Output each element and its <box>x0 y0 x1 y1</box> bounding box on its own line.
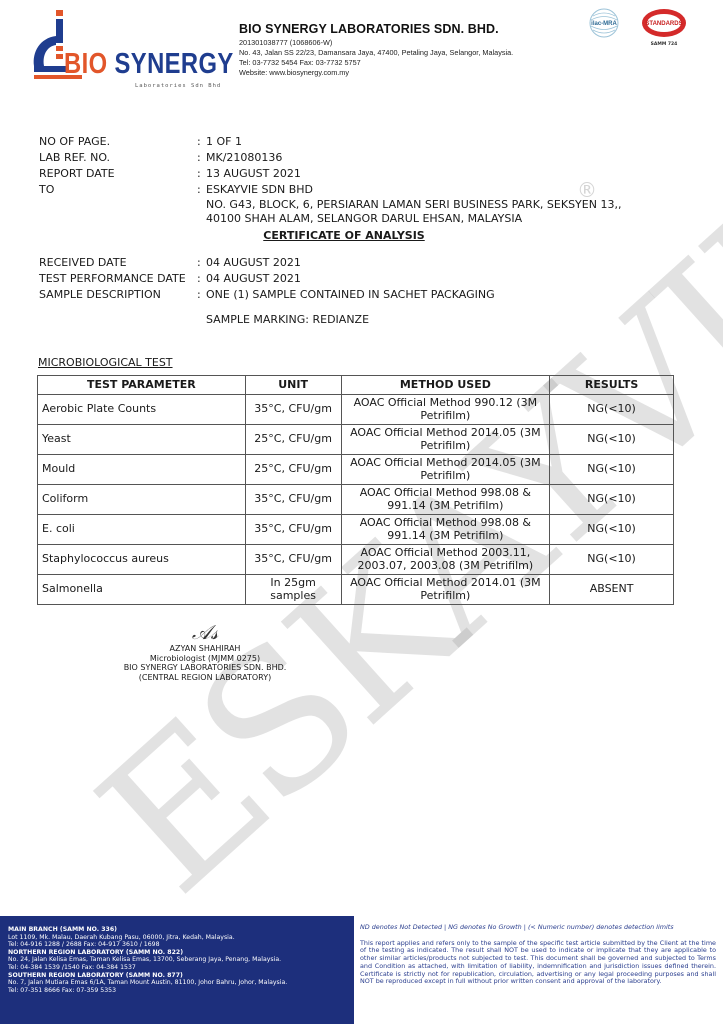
branch-heading: NORTHERN REGION LABORATORY (SAMM NO. 822… <box>8 949 354 957</box>
cell-unit: 35°C, CFU/gm <box>245 515 341 545</box>
svg-text:STANDARDS: STANDARDS <box>645 21 682 27</box>
signatory-title: Microbiologist (MJMM 0275) <box>100 654 310 664</box>
branch-addresses-panel: MAIN BRANCH (SAMM NO. 336)Lot 1109, Mk. … <box>0 916 354 1024</box>
table-row: E. coli35°C, CFU/gmAOAC Official Method … <box>38 515 674 545</box>
table-header-row: TEST PARAMETER UNIT METHOD USED RESULTS <box>38 376 674 395</box>
footer-notes: ND denotes Not Detected | NG denotes No … <box>360 924 716 986</box>
cell-method: AOAC Official Method 2003.11, 2003.07, 2… <box>341 545 550 575</box>
table-row: Aerobic Plate Counts35°C, CFU/gmAOAC Off… <box>38 395 674 425</box>
cell-parameter: Coliform <box>38 485 246 515</box>
cell-method: AOAC Official Method 998.08 & 991.14 (3M… <box>341 485 550 515</box>
cell-result: NG(<10) <box>550 545 674 575</box>
bio-synergy-logo: BIO SYNERGY Laboratories Sdn Bhd <box>30 8 230 88</box>
cell-unit: 35°C, CFU/gm <box>245 545 341 575</box>
standards-malaysia-icon: STANDARDS <box>640 8 688 38</box>
table-row: Yeast25°C, CFU/gmAOAC Official Method 20… <box>38 425 674 455</box>
header-results: RESULTS <box>550 376 674 395</box>
branch-contact: Tel: 04-916 1288 / 2688 Fax: 04-917 3610… <box>8 941 354 949</box>
cell-result: NG(<10) <box>550 425 674 455</box>
branch-heading: SOUTHERN REGION LABORATORY (SAMM NO. 877… <box>8 972 354 980</box>
cell-parameter: Salmonella <box>38 575 246 605</box>
company-registration: 201301038777 (1068606-W) <box>239 38 579 48</box>
cell-unit: 25°C, CFU/gm <box>245 425 341 455</box>
cell-method: AOAC Official Method 2014.01 (3M Petrifi… <box>341 575 550 605</box>
company-header: BIO SYNERGY LABORATORIES SDN. BHD. 20130… <box>239 22 579 78</box>
abbreviation-legend: ND denotes Not Detected | NG denotes No … <box>360 924 716 932</box>
table-row: Mould25°C, CFU/gmAOAC Official Method 20… <box>38 455 674 485</box>
company-contact: Tel: 03-7732 5454 Fax: 03-7732 5757 <box>239 58 579 68</box>
company-address: No. 43, Jalan SS 22/23, Damansara Jaya, … <box>239 48 579 58</box>
logo-subtitle: Laboratories Sdn Bhd <box>135 83 221 89</box>
branch-address: Lot 1109, Mk. Malau, Daerah Kubang Pasu,… <box>8 934 354 942</box>
signatory-company: BIO SYNERGY LABORATORIES SDN. BHD. <box>100 663 310 673</box>
signature-icon: 𝒜𝓈 <box>100 620 310 644</box>
cell-method: AOAC Official Method 2014.05 (3M Petrifi… <box>341 455 550 485</box>
table-row: Staphylococcus aureus35°C, CFU/gmAOAC Of… <box>38 545 674 575</box>
branch-address: No. 7, Jalan Mutiara Emas 6/1A, Taman Mo… <box>8 979 354 987</box>
signatory-lab: (CENTRAL REGION LABORATORY) <box>100 673 310 683</box>
samm-caption: SAMM 724 <box>640 42 688 47</box>
table-row: Coliform35°C, CFU/gmAOAC Official Method… <box>38 485 674 515</box>
results-table: TEST PARAMETER UNIT METHOD USED RESULTS … <box>37 375 674 605</box>
cell-method: AOAC Official Method 998.08 & 991.14 (3M… <box>341 515 550 545</box>
cell-parameter: E. coli <box>38 515 246 545</box>
cell-unit: 35°C, CFU/gm <box>245 485 341 515</box>
cell-parameter: Staphylococcus aureus <box>38 545 246 575</box>
cell-result: NG(<10) <box>550 395 674 425</box>
branch-contact: Tel: 07-351 8666 Fax: 07-359 5353 <box>8 987 354 995</box>
ilac-mra-icon: ilac-MRA <box>585 8 623 38</box>
standards-malaysia-badge: STANDARDS SAMM 724 <box>640 8 688 46</box>
cell-result: ABSENT <box>550 575 674 605</box>
section-title-microbiological: MICROBIOLOGICAL TEST <box>38 356 173 369</box>
table-row: SalmonellaIn 25gm samplesAOAC Official M… <box>38 575 674 605</box>
cell-parameter: Aerobic Plate Counts <box>38 395 246 425</box>
branch-heading: MAIN BRANCH (SAMM NO. 336) <box>8 926 354 934</box>
cell-result: NG(<10) <box>550 515 674 545</box>
cell-unit: In 25gm samples <box>245 575 341 605</box>
signatory-block: 𝒜𝓈 AZYAN SHAHIRAH Microbiologist (MJMM 0… <box>100 620 310 682</box>
company-website: Website: www.biosynergy.com.my <box>239 68 579 78</box>
disclaimer-text: This report applies and refers only to t… <box>360 940 716 986</box>
cell-result: NG(<10) <box>550 485 674 515</box>
cell-method: AOAC Official Method 990.12 (3M Petrifil… <box>341 395 550 425</box>
signatory-name: AZYAN SHAHIRAH <box>100 644 310 654</box>
cell-parameter: Mould <box>38 455 246 485</box>
cell-parameter: Yeast <box>38 425 246 455</box>
logo-wordmark: BIO SYNERGY <box>64 48 234 81</box>
header-test-parameter: TEST PARAMETER <box>38 376 246 395</box>
branch-contact: Tel: 04-384 1539 /1540 Fax: 04-384 1537 <box>8 964 354 972</box>
cell-method: AOAC Official Method 2014.05 (3M Petrifi… <box>341 425 550 455</box>
svg-text:ilac-MRA: ilac-MRA <box>591 21 617 27</box>
header-method-used: METHOD USED <box>341 376 550 395</box>
branch-address: No. 24, Jalan Kelisa Emas, Taman Kelisa … <box>8 956 354 964</box>
certificate-title: CERTIFICATE OF ANALYSIS <box>0 229 688 242</box>
cell-unit: 25°C, CFU/gm <box>245 455 341 485</box>
company-name: BIO SYNERGY LABORATORIES SDN. BHD. <box>239 22 579 36</box>
header-unit: UNIT <box>245 376 341 395</box>
cell-unit: 35°C, CFU/gm <box>245 395 341 425</box>
cell-result: NG(<10) <box>550 455 674 485</box>
